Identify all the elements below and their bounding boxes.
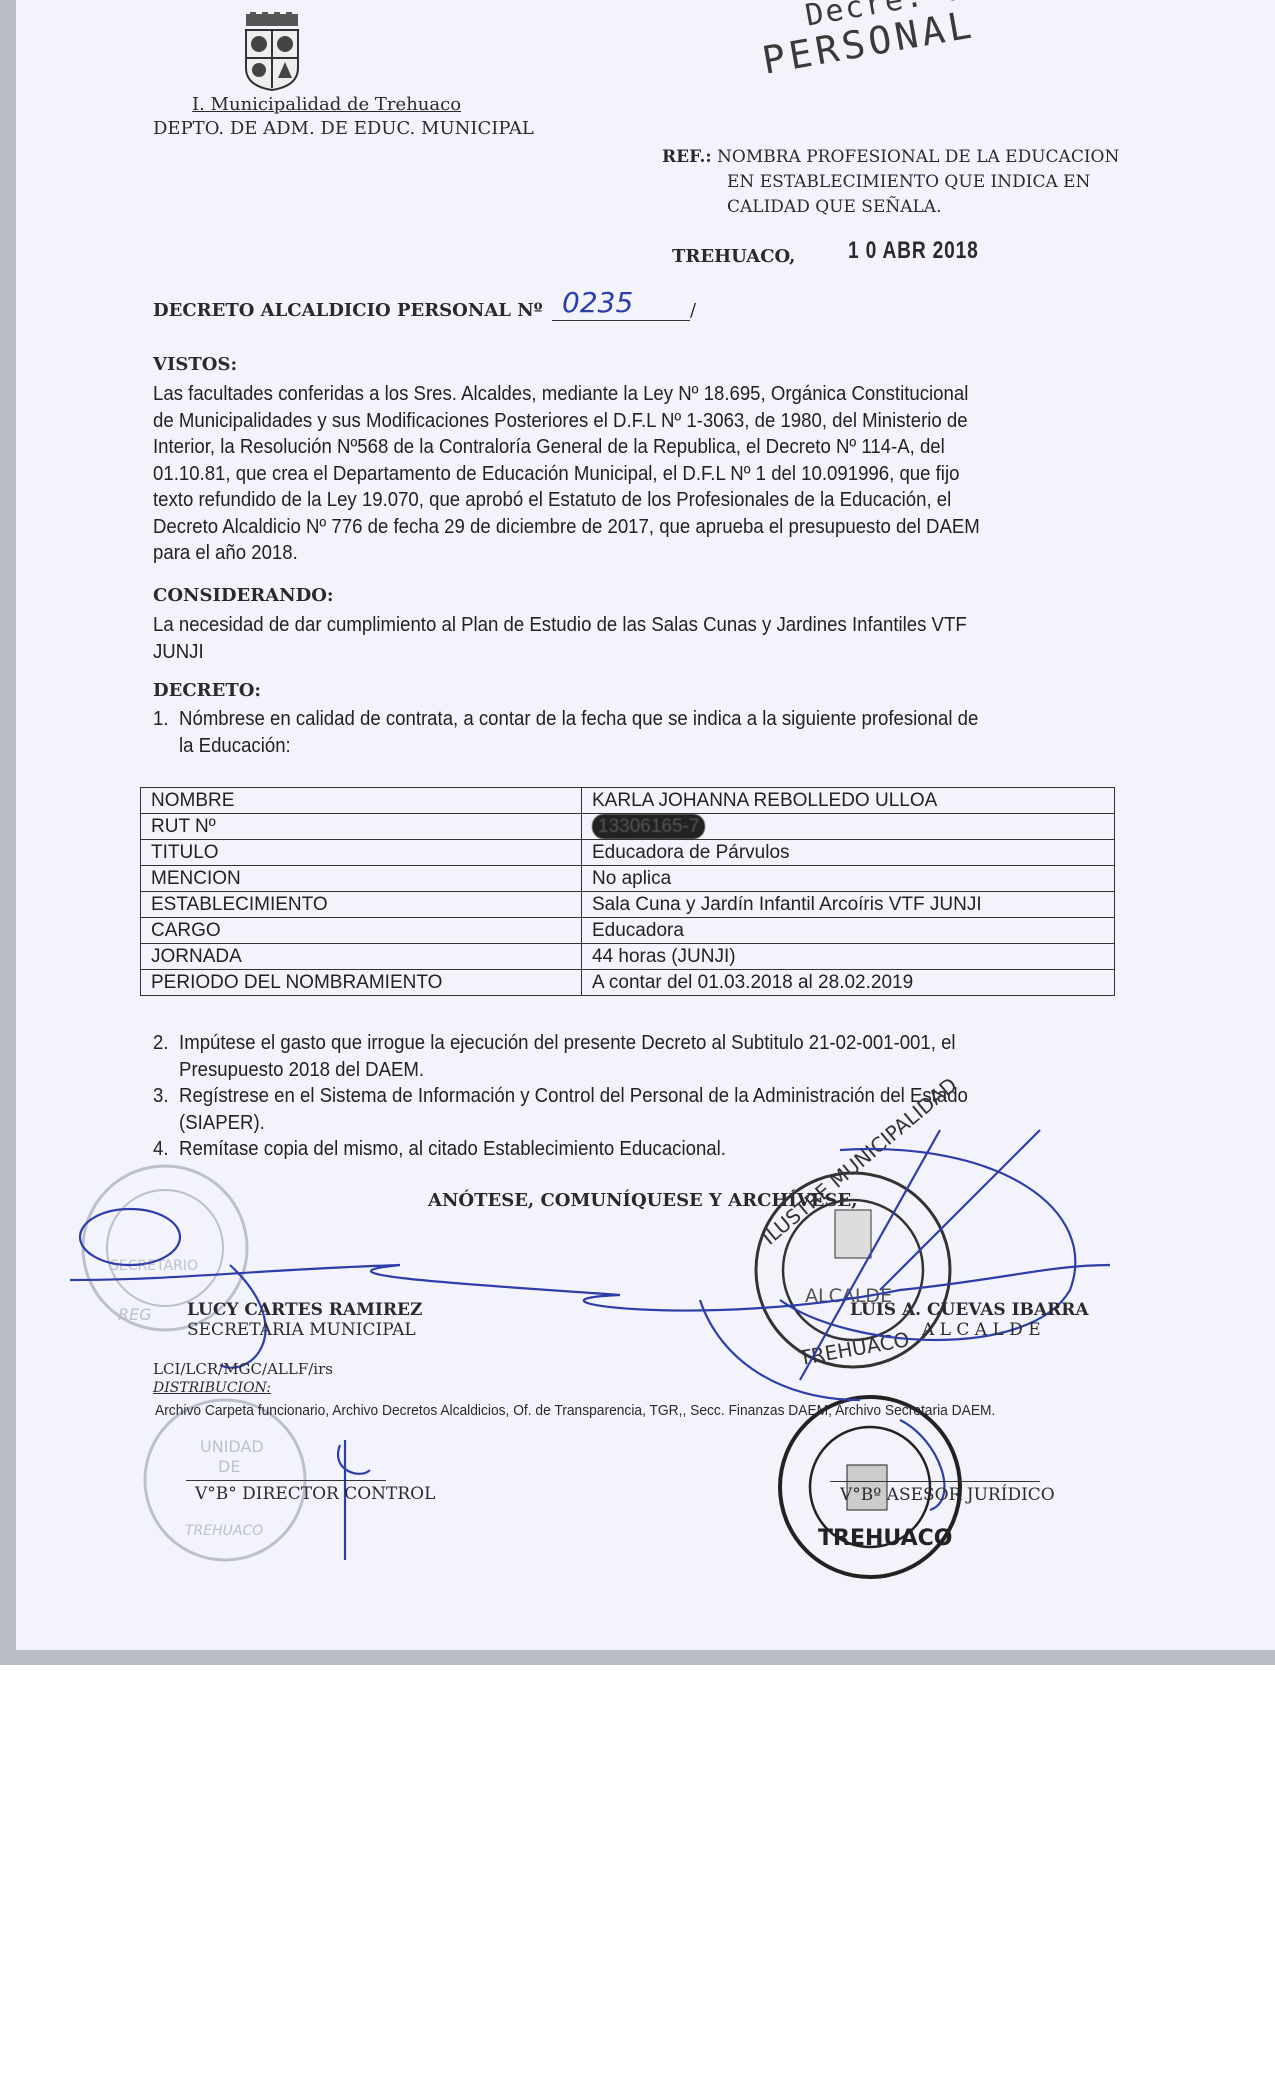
ref-line-1: NOMBRA PROFESIONAL DE LA EDUCACION <box>717 147 1119 167</box>
item-line: Regístrese en el Sistema de Información … <box>179 1083 1139 1110</box>
item-line: la Educación: <box>179 733 1139 760</box>
considerando-line: JUNJI <box>153 639 1139 666</box>
decree-number-underline <box>552 320 690 321</box>
item-number: 1. <box>153 706 169 733</box>
row-key: RUT Nº <box>141 814 582 840</box>
row-key: PERIODO DEL NOMBRAMIENTO <box>141 970 582 996</box>
item-line: (SIAPER). <box>179 1110 1139 1137</box>
row-value: A contar del 01.03.2018 al 28.02.2019 <box>582 970 1115 996</box>
control-role: V°B° DIRECTOR CONTROL <box>195 1484 435 1504</box>
row-value: KARLA JOHANNA REBOLLEDO ULLOA <box>582 788 1115 814</box>
mayor-signature-block: LUIS A. CUEVAS IBARRA A L C A L D E <box>850 1300 1089 1340</box>
vistos-line: Decreto Alcaldicio Nº 776 de fecha 29 de… <box>153 514 1139 541</box>
decree-slash: / <box>690 300 696 321</box>
date-stamp: 1 0 ABR 2018 <box>848 237 979 265</box>
table-row: NOMBREKARLA JOHANNA REBOLLEDO ULLOA <box>141 788 1115 814</box>
vistos-line: de Municipalidades y sus Modificaciones … <box>153 408 1139 435</box>
row-key: NOMBRE <box>141 788 582 814</box>
table-row: CARGOEducadora <box>141 918 1115 944</box>
item-number: 3. <box>153 1083 169 1110</box>
row-value: Educadora de Párvulos <box>582 840 1115 866</box>
vistos-body: Las facultades conferidas a los Sres. Al… <box>153 381 1139 567</box>
item-line: Presupuesto 2018 del DAEM. <box>179 1057 1139 1084</box>
decreto-item-2: 2. Impútese el gasto que irrogue la ejec… <box>153 1030 1139 1083</box>
ref-line-2: EN ESTABLECIMIENTO QUE INDICA EN <box>662 170 1119 195</box>
coat-of-arms-icon <box>240 12 304 92</box>
decreto-items-2-4: 2. Impútese el gasto que irrogue la ejec… <box>153 1030 1139 1163</box>
row-value: 13306165-7 <box>582 814 1115 840</box>
table-row: TITULOEducadora de Párvulos <box>141 840 1115 866</box>
decree-number: 0235 <box>562 286 633 319</box>
item-line: Remítase copia del mismo, al citado Esta… <box>179 1136 1139 1163</box>
item-line: Impútese el gasto que irrogue la ejecuci… <box>179 1030 1139 1057</box>
department-name: DEPTO. DE ADM. DE EDUC. MUNICIPAL <box>153 118 534 139</box>
considerando-line: La necesidad de dar cumplimiento al Plan… <box>153 612 1139 639</box>
mayor-role: A L C A L D E <box>850 1320 1089 1340</box>
decreto-heading: DECRETO: <box>153 680 261 701</box>
redacted-rut: 13306165-7 <box>592 814 705 839</box>
control-signature-line <box>186 1480 386 1481</box>
table-row: JORNADA44 horas (JUNJI) <box>141 944 1115 970</box>
municipality-name: I. Municipalidad de Trehuaco <box>192 94 461 115</box>
vistos-line: para el año 2018. <box>153 540 1139 567</box>
considerando-heading: CONSIDERANDO: <box>153 585 334 606</box>
legal-role: V°Bº ASESOR JURÍDICO <box>840 1485 1055 1505</box>
secretary-role: SECRETARIA MUNICIPAL <box>187 1320 422 1340</box>
table-row: ESTABLECIMIENTOSala Cuna y Jardín Infant… <box>141 892 1115 918</box>
table-row: RUT Nº13306165-7 <box>141 814 1115 840</box>
decree-title: DECRETO ALCALDICIO PERSONAL Nº <box>153 300 543 321</box>
row-key: CARGO <box>141 918 582 944</box>
row-key: ESTABLECIMIENTO <box>141 892 582 918</box>
row-value: 44 horas (JUNJI) <box>582 944 1115 970</box>
row-value: Educadora <box>582 918 1115 944</box>
reference-block: REF.: NOMBRA PROFESIONAL DE LA EDUCACION… <box>662 145 1119 220</box>
vistos-line: Las facultades conferidas a los Sres. Al… <box>153 381 1139 408</box>
vistos-heading: VISTOS: <box>153 354 237 375</box>
legal-signature-line <box>830 1481 1040 1482</box>
item-line: Nómbrese en calidad de contrata, a conta… <box>179 706 1139 733</box>
row-value: Sala Cuna y Jardín Infantil Arcoíris VTF… <box>582 892 1115 918</box>
mayor-name: LUIS A. CUEVAS IBARRA <box>850 1300 1089 1320</box>
closing-formula: ANÓTESE, COMUNÍQUESE Y ARCHÍVESE, <box>428 1190 858 1211</box>
vistos-line: texto refundido de la Ley 19.070, que ap… <box>153 487 1139 514</box>
distribution-label: DISTRIBUCION: <box>153 1380 271 1396</box>
item-number: 4. <box>153 1136 169 1163</box>
place: TREHUACO, <box>672 246 795 267</box>
vistos-line: Interior, la Resolución Nº568 de la Cont… <box>153 434 1139 461</box>
vistos-line: 01.10.81, que crea el Departamento de Ed… <box>153 461 1139 488</box>
row-key: TITULO <box>141 840 582 866</box>
table-row: MENCIONNo aplica <box>141 866 1115 892</box>
ref-label: REF.: <box>662 147 712 167</box>
initials: LCI/LCR/MGC/ALLF/irs <box>153 1360 333 1378</box>
decreto-item-1: 1. Nómbrese en calidad de contrata, a co… <box>153 706 1139 759</box>
decreto-item-4: 4. Remítase copia del mismo, al citado E… <box>153 1136 1139 1163</box>
row-key: MENCION <box>141 866 582 892</box>
distribution-text: Archivo Carpeta funcionario, Archivo Dec… <box>155 1402 995 1419</box>
decreto-item-3: 3. Regístrese en el Sistema de Informaci… <box>153 1083 1139 1136</box>
row-value: No aplica <box>582 866 1115 892</box>
ref-line-3: CALIDAD QUE SEÑALA. <box>662 195 1119 220</box>
table-row: PERIODO DEL NOMBRAMIENTOA contar del 01.… <box>141 970 1115 996</box>
row-key: JORNADA <box>141 944 582 970</box>
secretary-name: LUCY CARTES RAMIREZ <box>187 1300 422 1320</box>
secretary-signature-block: LUCY CARTES RAMIREZ SECRETARIA MUNICIPAL <box>187 1300 422 1340</box>
item-number: 2. <box>153 1030 169 1057</box>
considerando-body: La necesidad de dar cumplimiento al Plan… <box>153 612 1139 665</box>
appointment-table: NOMBREKARLA JOHANNA REBOLLEDO ULLOA RUT … <box>140 787 1115 996</box>
